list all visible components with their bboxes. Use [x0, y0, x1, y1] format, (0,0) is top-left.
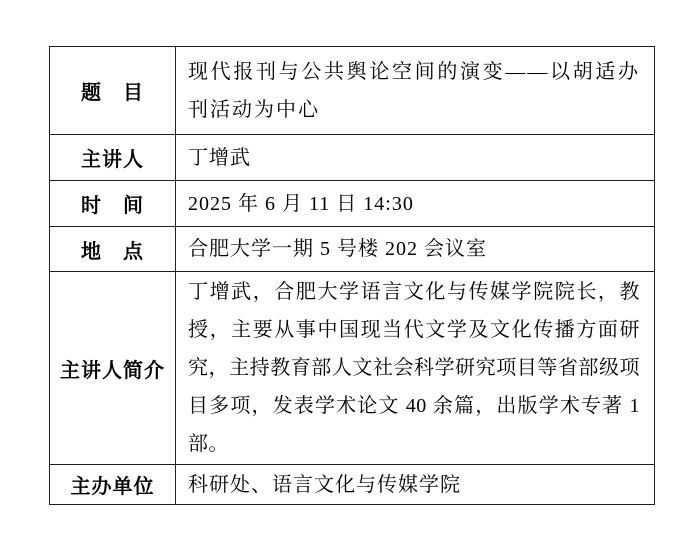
title-value: 现代报刊与公共舆论空间的演变——以胡适办刊活动为中心: [176, 47, 655, 135]
time-label: 时 间: [50, 181, 176, 227]
speaker-label: 主讲人: [50, 135, 176, 181]
table-row-organizer: 主办单位 科研处、语言文化与传媒学院: [50, 465, 655, 505]
location-label: 地 点: [50, 227, 176, 272]
table-row-time: 时 间 2025 年 6 月 11 日 14:30: [50, 181, 655, 227]
location-value: 合肥大学一期 5 号楼 202 会议室: [176, 227, 655, 272]
speaker-bio-label: 主讲人简介: [50, 272, 176, 465]
speaker-bio-value: 丁增武，合肥大学语言文化与传媒学院院长，教授，主要从事中国现当代文学及文化传播方…: [176, 272, 655, 465]
document-page: 题 目 现代报刊与公共舆论空间的演变——以胡适办刊活动为中心 主讲人 丁增武 时…: [0, 0, 699, 550]
lecture-info-table: 题 目 现代报刊与公共舆论空间的演变——以胡适办刊活动为中心 主讲人 丁增武 时…: [49, 46, 655, 505]
title-label: 题 目: [50, 47, 176, 135]
table-row-title: 题 目 现代报刊与公共舆论空间的演变——以胡适办刊活动为中心: [50, 47, 655, 135]
table-row-speaker-bio: 主讲人简介 丁增武，合肥大学语言文化与传媒学院院长，教授，主要从事中国现当代文学…: [50, 272, 655, 465]
table-row-speaker: 主讲人 丁增武: [50, 135, 655, 181]
organizer-label: 主办单位: [50, 465, 176, 505]
table-row-location: 地 点 合肥大学一期 5 号楼 202 会议室: [50, 227, 655, 272]
time-value: 2025 年 6 月 11 日 14:30: [176, 181, 655, 227]
speaker-value: 丁增武: [176, 135, 655, 181]
organizer-value: 科研处、语言文化与传媒学院: [176, 465, 655, 505]
